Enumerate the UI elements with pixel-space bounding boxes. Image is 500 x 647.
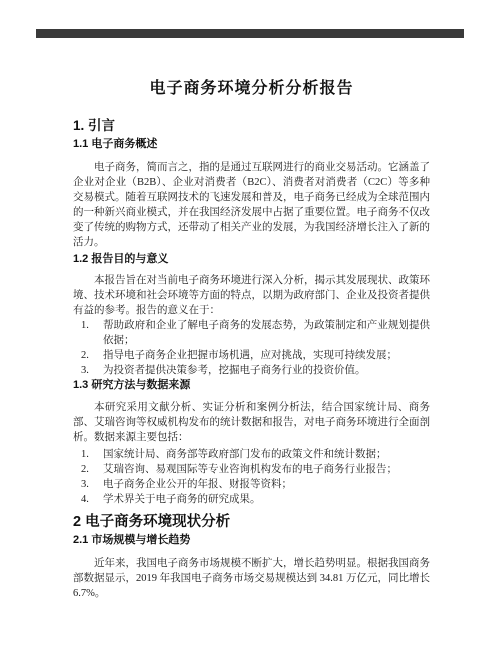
heading-introduction: 1. 引言 bbox=[73, 116, 430, 135]
list-item-number: 1. bbox=[73, 447, 103, 462]
list-item: 3. 电子商务企业公开的年报、财报等资料； bbox=[73, 477, 430, 492]
list-item-number: 4. bbox=[73, 492, 103, 507]
subheading-report-purpose: 1.2 报告目的与意义 bbox=[73, 252, 430, 267]
heading-status-analysis: 2 电子商务环境现状分析 bbox=[73, 512, 430, 532]
list-item: 4. 学术界关于电子商务的研究成果。 bbox=[73, 492, 430, 507]
list-item-text: 学术界关于电子商务的研究成果。 bbox=[103, 492, 430, 507]
subheading-market-scale: 2.1 市场规模与增长趋势 bbox=[73, 533, 430, 548]
list-item: 2. 指导电子商务企业把握市场机遇，应对挑战，实现可持续发展； bbox=[73, 348, 430, 363]
list-item-number: 2. bbox=[73, 462, 103, 477]
document-content: 电子商务环境分析分析报告 1. 引言 1.1 电子商务概述 电子商务，简而言之，… bbox=[73, 0, 430, 601]
list-item-number: 3. bbox=[73, 363, 103, 378]
list-item-text: 国家统计局、商务部等政府部门发布的政策文件和统计数据； bbox=[103, 447, 430, 462]
paragraph-research-method: 本研究采用文献分析、实证分析和案例分析法，结合国家统计局、商务部、艾瑞咨询等权威… bbox=[73, 400, 430, 445]
subheading-research-method: 1.3 研究方法与数据来源 bbox=[73, 378, 430, 393]
document-title: 电子商务环境分析分析报告 bbox=[73, 78, 430, 100]
document-page: 电子商务环境分析分析报告 1. 引言 1.1 电子商务概述 电子商务，简而言之，… bbox=[0, 0, 500, 647]
list-item: 1. 帮助政府和企业了解电子商务的发展态势，为政策制定和产业规划提供依据； bbox=[73, 318, 430, 348]
list-item: 3. 为投资者提供决策参考，挖掘电子商务行业的投资价值。 bbox=[73, 363, 430, 378]
list-item-text: 指导电子商务企业把握市场机遇，应对挑战，实现可持续发展； bbox=[103, 348, 430, 363]
list-item-number: 2. bbox=[73, 348, 103, 363]
list-item: 2. 艾瑞咨询、易观国际等专业咨询机构发布的电子商务行业报告； bbox=[73, 462, 430, 477]
purpose-list: 1. 帮助政府和企业了解电子商务的发展态势，为政策制定和产业规划提供依据； 2.… bbox=[73, 318, 430, 378]
list-item-text: 电子商务企业公开的年报、财报等资料； bbox=[103, 477, 430, 492]
paragraph-report-purpose: 本报告旨在对当前电子商务环境进行深入分析，揭示其发展现状、政策环境、技术环境和社… bbox=[73, 273, 430, 318]
list-item-text: 为投资者提供决策参考，挖掘电子商务行业的投资价值。 bbox=[103, 363, 430, 378]
subheading-ecommerce-overview: 1.1 电子商务概述 bbox=[73, 137, 430, 152]
list-item: 1. 国家统计局、商务部等政府部门发布的政策文件和统计数据； bbox=[73, 447, 430, 462]
list-item-number: 3. bbox=[73, 477, 103, 492]
data-source-list: 1. 国家统计局、商务部等政府部门发布的政策文件和统计数据； 2. 艾瑞咨询、易… bbox=[73, 447, 430, 507]
list-item-number: 1. bbox=[73, 318, 103, 348]
paragraph-ecommerce-overview: 电子商务，简而言之，指的是通过互联网进行的商业交易活动。它涵盖了企业对企业（B2… bbox=[73, 160, 430, 250]
paragraph-market-scale: 近年来，我国电子商务市场规模不断扩大，增长趋势明显。根据我国商务部数据显示，20… bbox=[73, 556, 430, 601]
list-item-text: 帮助政府和企业了解电子商务的发展态势，为政策制定和产业规划提供依据； bbox=[103, 318, 430, 348]
list-item-text: 艾瑞咨询、易观国际等专业咨询机构发布的电子商务行业报告； bbox=[103, 462, 430, 477]
